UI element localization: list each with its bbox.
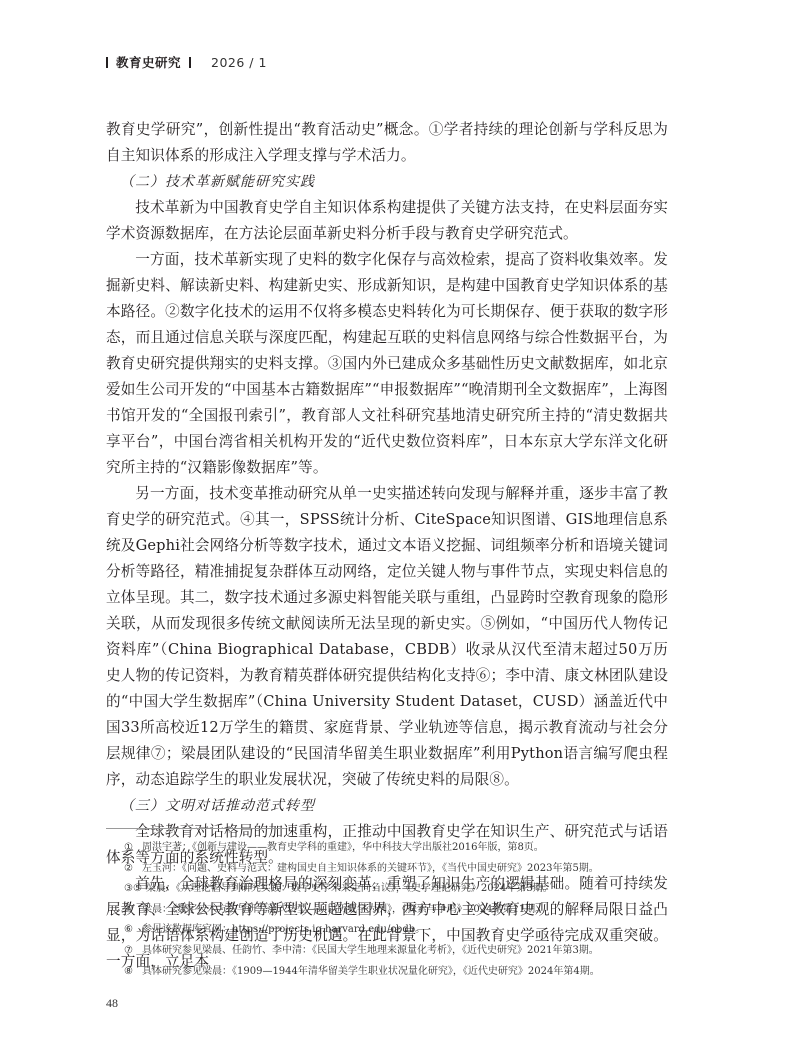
footnotes: ①周洪宇著：《创新与建设——教育史学科的重建》，华中科技大学出版社2016年版，… [124, 838, 684, 982]
footnote-mark: ⑧ [124, 962, 138, 983]
footnote-text[interactable]: 参见该数据库官网：https://projects.iq.harvard.edu… [142, 924, 425, 935]
footnote: ②左玉河：《问题、史料与范式：建构国史自主知识体系的关键环节》，《当代中国史研究… [124, 859, 684, 880]
separator-bar [106, 57, 108, 68]
footnote-mark: ② [124, 859, 138, 880]
footnote: ③⑤梁晨：《从理论倡导到研究实践：数字史学未来走向刍议》，《史学理论研究》202… [124, 879, 684, 900]
footnote: ④梁晨：《数字技术方法与研究范式转型——以历史学为例》，《探索与争鸣》2024年… [124, 900, 684, 921]
footnote-mark: ⑦ [124, 941, 138, 962]
footnote-text: 左玉河：《问题、史料与范式：建构国史自主知识体系的关键环节》，《当代中国史研究》… [142, 863, 599, 874]
footnote-mark: ④ [124, 900, 138, 921]
page-number: 48 [106, 996, 118, 1011]
footnote-text: 梁晨：《从理论倡导到研究实践：数字史学未来走向刍议》，《史学理论研究》2024年… [146, 883, 553, 894]
footnote: ①周洪宇著：《创新与建设——教育史学科的重建》，华中科技大学出版社2016年版，… [124, 838, 684, 859]
footnote-text: 梁晨：《数字技术方法与研究范式转型——以历史学为例》，《探索与争鸣》2024年第… [142, 904, 545, 915]
footnote: ⑦具体研究参见梁晨、任韵竹、李中清：《民国大学生地理来源量化考析》，《近代史研究… [124, 941, 684, 962]
paragraph: 另一方面，技术变革推动研究从单一史实描述转向发现与解释并重，逐步丰富了教育史学的… [106, 481, 668, 793]
section-heading: （三）文明对话推动范式转型 [106, 793, 668, 819]
journal-title: 教育史研究 [116, 53, 181, 71]
issue-number: 2026 / 1 [211, 55, 267, 70]
footnote-text: 具体研究参见梁晨：《1909—1944年清华留美学生职业状况量化研究》，《近代史… [142, 966, 600, 977]
footnote-mark: ⑥ [124, 920, 138, 941]
running-head: 教育史研究 2026 / 1 [106, 53, 267, 71]
footnote-mark: ① [124, 838, 138, 859]
footnote-mark: ③⑤ [124, 879, 142, 900]
paragraph: 技术革新为中国教育史学自主知识体系构建提供了关键方法支持，在史料层面夯实学术资源… [106, 195, 668, 247]
footnote: ⑧具体研究参见梁晨：《1909—1944年清华留美学生职业状况量化研究》，《近代… [124, 962, 684, 983]
section-heading: （二）技术革新赋能研究实践 [106, 169, 668, 195]
paragraph: 教育史学研究”，创新性提出“教育活动史”概念。①学者持续的理论创新与学科反思为自… [106, 117, 668, 169]
footnote-text: 具体研究参见梁晨、任韵竹、李中清：《民国大学生地理来源量化考析》，《近代史研究》… [142, 945, 599, 956]
footnote-text: 周洪宇著：《创新与建设——教育史学科的重建》，华中科技大学出版社2016年版，第… [142, 842, 544, 853]
paragraph: 一方面，技术革新实现了史料的数字化保存与高效检索，提高了资料收集效率。发掘新史料… [106, 247, 668, 481]
footnote: ⑥参见该数据库官网：https://projects.iq.harvard.ed… [124, 920, 684, 941]
separator-bar [189, 57, 191, 68]
footnote-divider [106, 828, 284, 829]
